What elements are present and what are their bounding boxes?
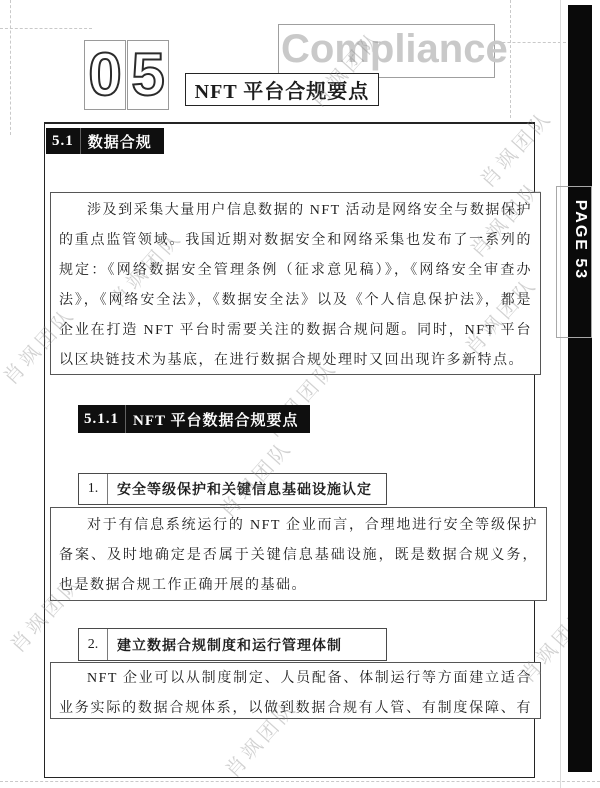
- subsection-heading: 5.1.1 NFT 平台数据合规要点: [78, 405, 310, 433]
- subsection-title: NFT 平台数据合规要点: [126, 409, 310, 430]
- margin-guide-top-right: [510, 0, 511, 118]
- margin-guide-bottom: [0, 781, 600, 782]
- page-number-label: PAGE 53: [568, 185, 592, 295]
- item-2-body-box: NFT 企业可以从制度制定、人员配备、体制运行等方面建立适合业务实际的数据合规体…: [50, 662, 541, 719]
- intro-paragraph-box: 涉及到采集大量用户信息数据的 NFT 活动是网络安全与数据保护的重点监管领域。我…: [50, 192, 541, 375]
- subsection-number: 5.1.1: [78, 411, 125, 428]
- margin-guide-top-left: [0, 28, 92, 29]
- chapter-number-digit: 0: [88, 41, 121, 109]
- item-1-body: 对于有信息系统运行的 NFT 企业而言，合理地进行安全等级保护备案、及时地确定是…: [59, 511, 538, 601]
- item-1-body-box: 对于有信息系统运行的 NFT 企业而言，合理地进行安全等级保护备案、及时地确定是…: [50, 507, 547, 601]
- item-1-heading-box: 1. 安全等级保护和关键信息基础设施认定: [78, 473, 387, 505]
- item-2-number: 2.: [79, 629, 108, 660]
- chapter-number-box: 0: [84, 40, 126, 110]
- chapter-title-box: NFT 平台合规要点: [185, 73, 379, 106]
- section-title: 数据合规: [81, 131, 164, 152]
- page-sidebar: [568, 5, 592, 772]
- compliance-banner-text: Compliance: [281, 27, 508, 72]
- section-number: 5.1: [46, 133, 80, 150]
- chapter-title: NFT 平台合规要点: [195, 75, 370, 104]
- item-1-title: 安全等级保护和关键信息基础设施认定: [108, 474, 372, 504]
- item-2-title: 建立数据合规制度和运行管理体制: [108, 629, 342, 660]
- item-1-number: 1.: [79, 474, 108, 504]
- margin-guide-left: [10, 0, 11, 135]
- chapter-number-digit: 5: [131, 41, 164, 109]
- margin-guide-right: [560, 0, 561, 788]
- chapter-number-box: 5: [127, 40, 169, 110]
- document-page: 0 5 Compliance NFT 平台合规要点 5.1 数据合规 涉及到采集…: [0, 0, 600, 788]
- intro-paragraph: 涉及到采集大量用户信息数据的 NFT 活动是网络安全与数据保护的重点监管领域。我…: [59, 196, 532, 375]
- section-heading: 5.1 数据合规: [46, 128, 164, 154]
- item-2-body: NFT 企业可以从制度制定、人员配备、体制运行等方面建立适合业务实际的数据合规体…: [59, 664, 532, 719]
- item-2-heading-box: 2. 建立数据合规制度和运行管理体制: [78, 628, 387, 661]
